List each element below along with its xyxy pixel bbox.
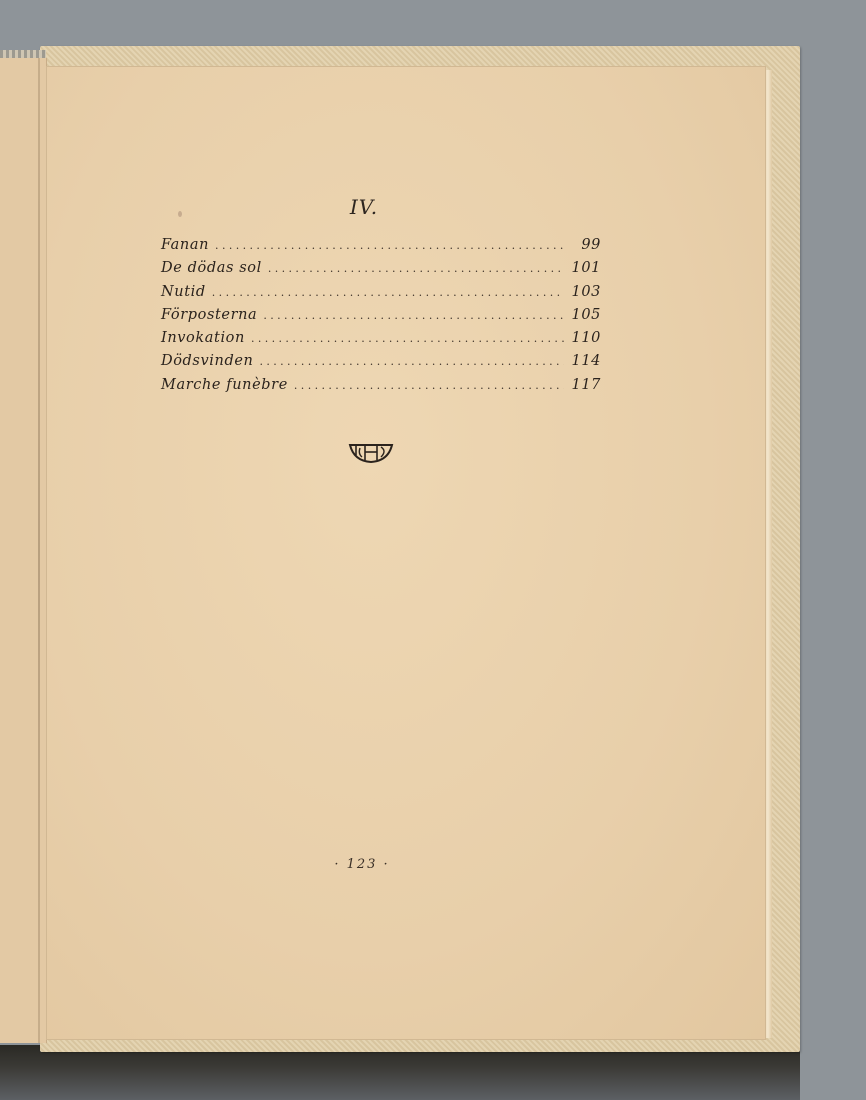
toc-entry-page: 99 xyxy=(567,237,601,253)
toc-entry: Invokation .............................… xyxy=(161,330,601,353)
toc-entry-title: Marche funèbre xyxy=(161,377,294,393)
toc-leader-dots: ........................................… xyxy=(251,332,564,345)
toc-entry-title: Nutid xyxy=(161,284,212,300)
toc-entry-page: 117 xyxy=(564,377,601,393)
binding-stitch xyxy=(38,58,40,1043)
toc-leader-dots: ........................................… xyxy=(212,286,564,299)
toc-entry: Dödsvinden .............................… xyxy=(161,353,601,376)
toc-leader-dots: ........................................… xyxy=(259,355,563,368)
page-number: · 123 · xyxy=(47,857,765,872)
page-number-text: · 123 · xyxy=(334,857,389,872)
table-shadow xyxy=(0,1045,800,1100)
toc-entry-title: Dödsvinden xyxy=(161,353,259,369)
toc-entry-page: 103 xyxy=(564,284,601,300)
toc-entry-title: Förposterna xyxy=(161,307,263,323)
toc-entry-page: 114 xyxy=(564,353,601,369)
right-page: IV. Fanan ..............................… xyxy=(46,66,766,1040)
table-of-contents: Fanan ..................................… xyxy=(161,237,601,400)
toc-entry: Fanan ..................................… xyxy=(161,237,601,260)
toc-entry: Nutid ..................................… xyxy=(161,284,601,307)
toc-entry-page: 110 xyxy=(564,330,601,346)
toc-leader-dots: ........................................… xyxy=(215,239,567,252)
toc-entry-title: Fanan xyxy=(161,237,215,253)
section-heading-text: IV. xyxy=(350,195,378,219)
toc-entry: Förposterna ............................… xyxy=(161,307,601,330)
toc-leader-dots: ........................................… xyxy=(263,309,563,322)
left-page xyxy=(0,58,47,1043)
toc-entry: Marche funèbre .........................… xyxy=(161,377,601,400)
toc-entry-title: Invokation xyxy=(161,330,251,346)
toc-entry-page: 105 xyxy=(564,307,601,323)
toc-entry-title: De dödas sol xyxy=(161,260,268,276)
toc-entry: De dödas sol ...........................… xyxy=(161,260,601,283)
toc-leader-dots: ........................................… xyxy=(294,379,564,392)
publisher-monogram-icon xyxy=(348,442,394,464)
section-heading: IV. xyxy=(47,195,765,219)
toc-entry-page: 101 xyxy=(564,260,601,276)
toc-leader-dots: ........................................… xyxy=(268,262,564,275)
